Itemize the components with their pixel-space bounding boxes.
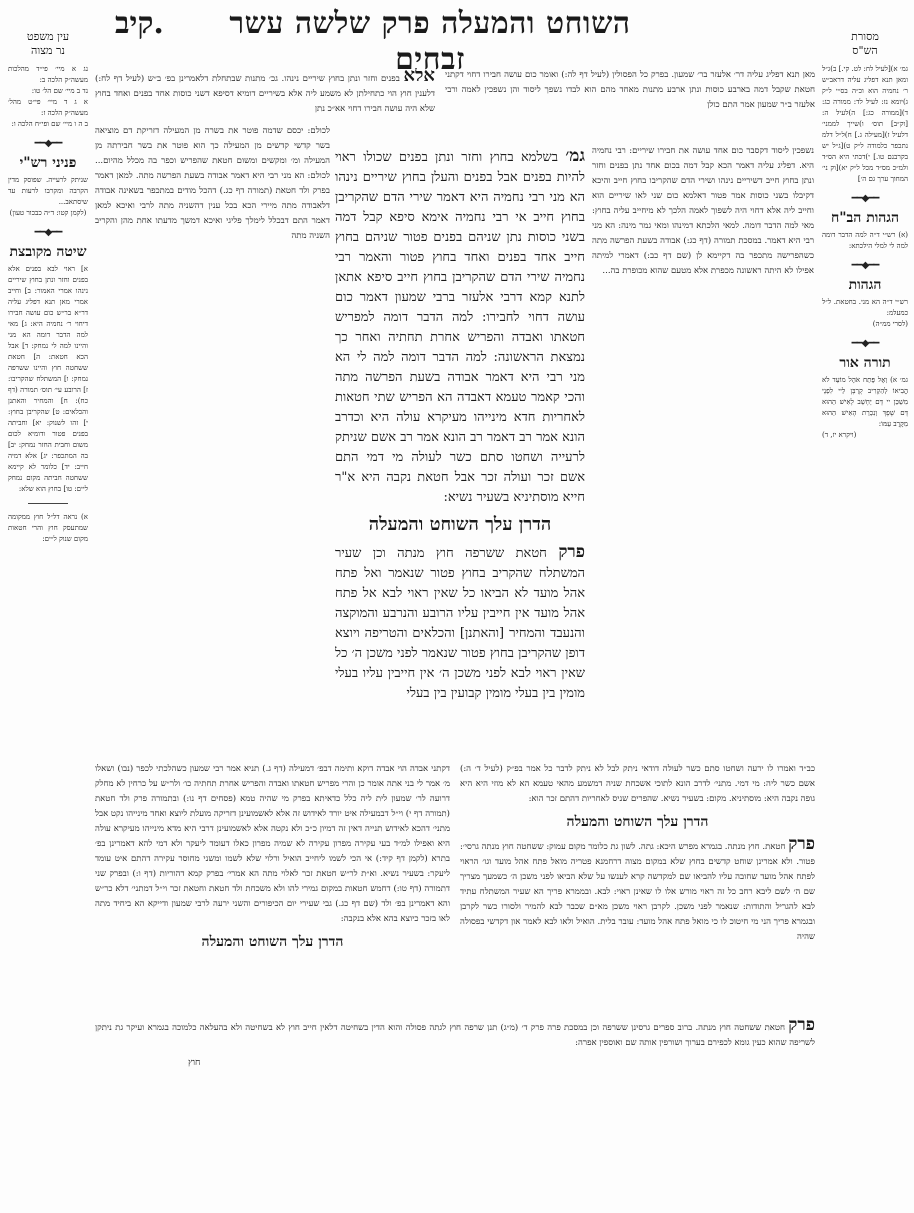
masoret-hashas-column: מסורת הש"ס גמ׳ א)[לעיל לח: לט. קי.] ב)ג״…	[822, 30, 908, 441]
ornament-divider: ━━◆━━	[822, 260, 908, 271]
ornament-divider: ━━◆━━	[822, 193, 908, 204]
page-number: קיב.	[115, 6, 164, 42]
torah-or-text: גמ׳ א) וְאֶל פֶּתַח אֹהֶל מוֹעֵד לֹא הֱב…	[822, 375, 908, 430]
shita-mekubetzet-text: א] ראוי לבא בפנים אלא בפנים וחזר ונתן בח…	[8, 264, 88, 495]
masoret-text: גמ׳ א)[לעיל לח: לט. קי.] ב)ג״ל ומאן תנא …	[822, 64, 908, 185]
hagahot-text: רש״י ד״ה הא מני. בחטאת. ל״ל כמעלמ:	[822, 297, 908, 319]
ornament-divider: ━━◆━━	[822, 338, 908, 349]
pnei-rashi-title: פניני רש"י	[8, 155, 88, 172]
ein-mishpat-column: עין משפט נר מצוה נג א מיי׳ פי״ד מהלכות מ…	[8, 30, 88, 545]
ein-mishpat-entry: ב ה ו מיי׳ שם ופי״ח הלכה ו:	[8, 119, 88, 130]
shita-footnote: א) נראה דל״ל חוץ ממקומה שמתעסק חוץ והרי …	[8, 512, 88, 545]
gemara-opening-word: גמ׳	[565, 146, 585, 166]
ein-mishpat-entry: נד ב מיי׳ שם הל׳ טו:	[8, 86, 88, 97]
ornament-divider: ━━◆━━	[8, 138, 88, 149]
hagahot-title: הגהות	[822, 277, 908, 294]
ein-mishpat-entry: נג א מיי׳ פי״ד מהלכות מעשה״ק הלכה ב:	[8, 64, 88, 86]
rashi-top: מאן תנא דפליג עליה דר׳ אלעזר בר׳ שמעון. …	[445, 68, 815, 144]
pnei-rashi-source: (לקמן קטו: ד״ה כבכור טעון)	[8, 208, 88, 219]
ein-mishpat-entry: א ג ד מיי׳ פי״ט מהל׳ מעשה״ק הלכה ז:	[8, 97, 88, 119]
ein-mishpat-entries: נג א מיי׳ פי״ד מהלכות מעשה״ק הלכה ב: נד …	[8, 64, 88, 130]
hagahot-source: (לסרי ממ״ה)	[822, 319, 908, 330]
hagahot-habach-text: (א) רש״י ד״ה למה הדבר דומה למה לי למלי ה…	[822, 230, 908, 252]
tosafot-bottom: דקתני אבדה הוי אבדה דוקא ותימה דבפ׳ דמעי…	[95, 762, 450, 1012]
rashi-bottom: כב״ד ואמרו לו ירעה ושחטו סתם כשר לעולה ד…	[460, 762, 815, 1002]
mishnah-opening-word: פרק	[558, 542, 585, 562]
ornament-divider: ━━◆━━	[8, 227, 88, 238]
tosafot-hadran-heading: הדרן עלך השוחט והמעלה	[95, 931, 450, 953]
mishnah-text: חטאת ששרפה חוץ מנתה וכן שעיר המשתלח שהקר…	[335, 546, 585, 701]
torah-or-title: תורה אור	[822, 355, 908, 372]
catchword: חוץ	[188, 1057, 200, 1068]
rashi-column: נשפכין ליסוד דקסבר כום אחד עושה את חבירו…	[592, 144, 814, 749]
pnei-rashi-text: שניתק לרעייה. שפוסק מדין הקרבה ומקרבו לר…	[8, 175, 88, 208]
rashi-perek-lead: פרק	[788, 834, 815, 854]
hagahot-habach-title: הגהות הב"ח	[822, 210, 908, 227]
tosafot-perek-lead: פרק	[788, 1018, 815, 1035]
chapter-title: השוחט והמעלה פרק שלשה עשר	[229, 6, 630, 41]
torah-or-source: (ויקרא יז, ד)	[822, 430, 908, 441]
shita-mekubetzet-title: שיטה מקובצת	[8, 244, 88, 261]
gemara-column: גמ׳ בשלמא בחוץ וחזר ונתן בפנים שכולו ראו…	[335, 146, 585, 756]
gemara-text: בשלמא בחוץ וחזר ונתן בפנים שכולו ראוי לה…	[335, 150, 585, 505]
divider-line	[28, 503, 68, 504]
tosafot-perek: פרק חטאת ששחטה חוץ מנתה. ברוב ספרים גרסי…	[95, 1018, 815, 1063]
tosafot-column: לכולם: יכסם שדמה פוטר את בשרה מן המעילה …	[95, 124, 330, 764]
rashi-hadran-heading: הדרן עלך השוחט והמעלה	[460, 811, 815, 833]
hadran-heading: הדרן עלך השוחט והמעלה	[335, 512, 585, 538]
tosafot-opening-word: אלא	[403, 68, 435, 86]
ein-mishpat-heading: עין משפט נר מצוה	[8, 30, 88, 58]
tosafot-top: אלא בפנים וחזר ונתן בחוץ שיריים נינהו. ג…	[95, 68, 435, 124]
masoret-heading: מסורת הש"ס	[822, 30, 908, 58]
